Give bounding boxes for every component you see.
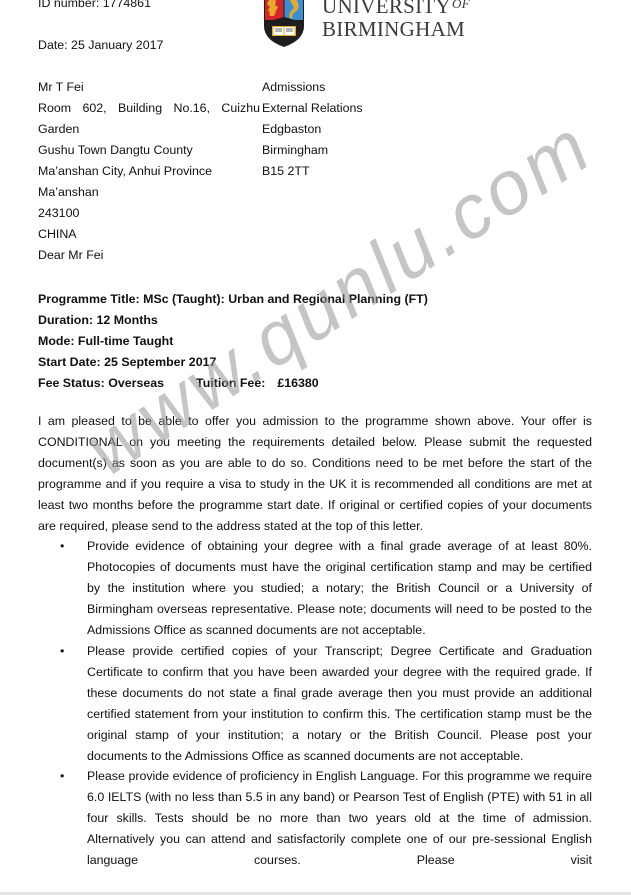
sender-line: Admissions xyxy=(262,77,363,98)
fee-status: Fee Status: Overseas xyxy=(38,376,164,390)
bullet-icon: • xyxy=(60,766,64,787)
tuition-fee-label: Tuition Fee: xyxy=(196,376,265,390)
tuition-fee-value: £16380 xyxy=(277,376,318,390)
letter-body: I am pleased to be able to offer you adm… xyxy=(38,411,592,871)
sender-line: B15 2TT xyxy=(262,161,363,182)
sender-line: External Relations xyxy=(262,98,363,119)
recipient-address: Mr T Fei Room 602, Building No.16, Cuizh… xyxy=(38,77,260,245)
sender-address: Admissions External Relations Edgbaston … xyxy=(262,77,363,182)
condition-item: • Please provide evidence of proficiency… xyxy=(38,766,592,871)
id-number: ID number: 1774861 xyxy=(38,0,151,10)
salutation: Dear Mr Fei xyxy=(38,248,103,262)
condition-item: • Provide evidence of obtaining your deg… xyxy=(38,536,592,641)
bullet-icon: • xyxy=(60,536,64,557)
recipient-line: Gushu Town Dangtu County xyxy=(38,140,260,161)
conditions-list: • Provide evidence of obtaining your deg… xyxy=(38,536,592,871)
sender-line: Birmingham xyxy=(262,140,363,161)
condition-text: Provide evidence of obtaining your degre… xyxy=(87,539,592,637)
intro-paragraph: I am pleased to be able to offer you adm… xyxy=(38,411,592,536)
offer-letter-page: ID number: 1774861 Date: 25 January 2017… xyxy=(0,0,631,895)
sender-line: Edgbaston xyxy=(262,119,363,140)
recipient-line: Ma’anshan City, Anhui Province xyxy=(38,161,260,182)
recipient-line: CHINA xyxy=(38,224,260,245)
university-wordmark: UNIVERSITYOF BIRMINGHAM xyxy=(322,0,470,39)
recipient-line: Mr T Fei xyxy=(38,77,260,98)
birmingham-word: BIRMINGHAM xyxy=(322,19,470,39)
programme-title: Programme Title: MSc (Taught): Urban and… xyxy=(38,289,428,310)
letter-date: Date: 25 January 2017 xyxy=(38,38,163,52)
programme-mode: Mode: Full-time Taught xyxy=(38,331,428,352)
recipient-line: Ma’anshan xyxy=(38,182,260,203)
condition-text: Please provide certified copies of your … xyxy=(87,644,592,763)
programme-start-date: Start Date: 25 September 2017 xyxy=(38,352,428,373)
programme-duration: Duration: 12 Months xyxy=(38,310,428,331)
university-of: OF xyxy=(452,0,470,11)
condition-text: Please provide evidence of proficiency i… xyxy=(87,769,592,867)
bullet-icon: • xyxy=(60,641,64,662)
university-word: UNIVERSITY xyxy=(322,0,451,18)
fee-row: Fee Status: OverseasTuition Fee:£16380 xyxy=(38,373,428,394)
condition-item: • Please provide certified copies of you… xyxy=(38,641,592,766)
recipient-line: Garden xyxy=(38,119,260,140)
programme-details: Programme Title: MSc (Taught): Urban and… xyxy=(38,289,428,394)
recipient-line: 243100 xyxy=(38,203,260,224)
recipient-line: Room 602, Building No.16, Cuizhu xyxy=(38,98,260,119)
university-crest-icon xyxy=(263,0,305,48)
